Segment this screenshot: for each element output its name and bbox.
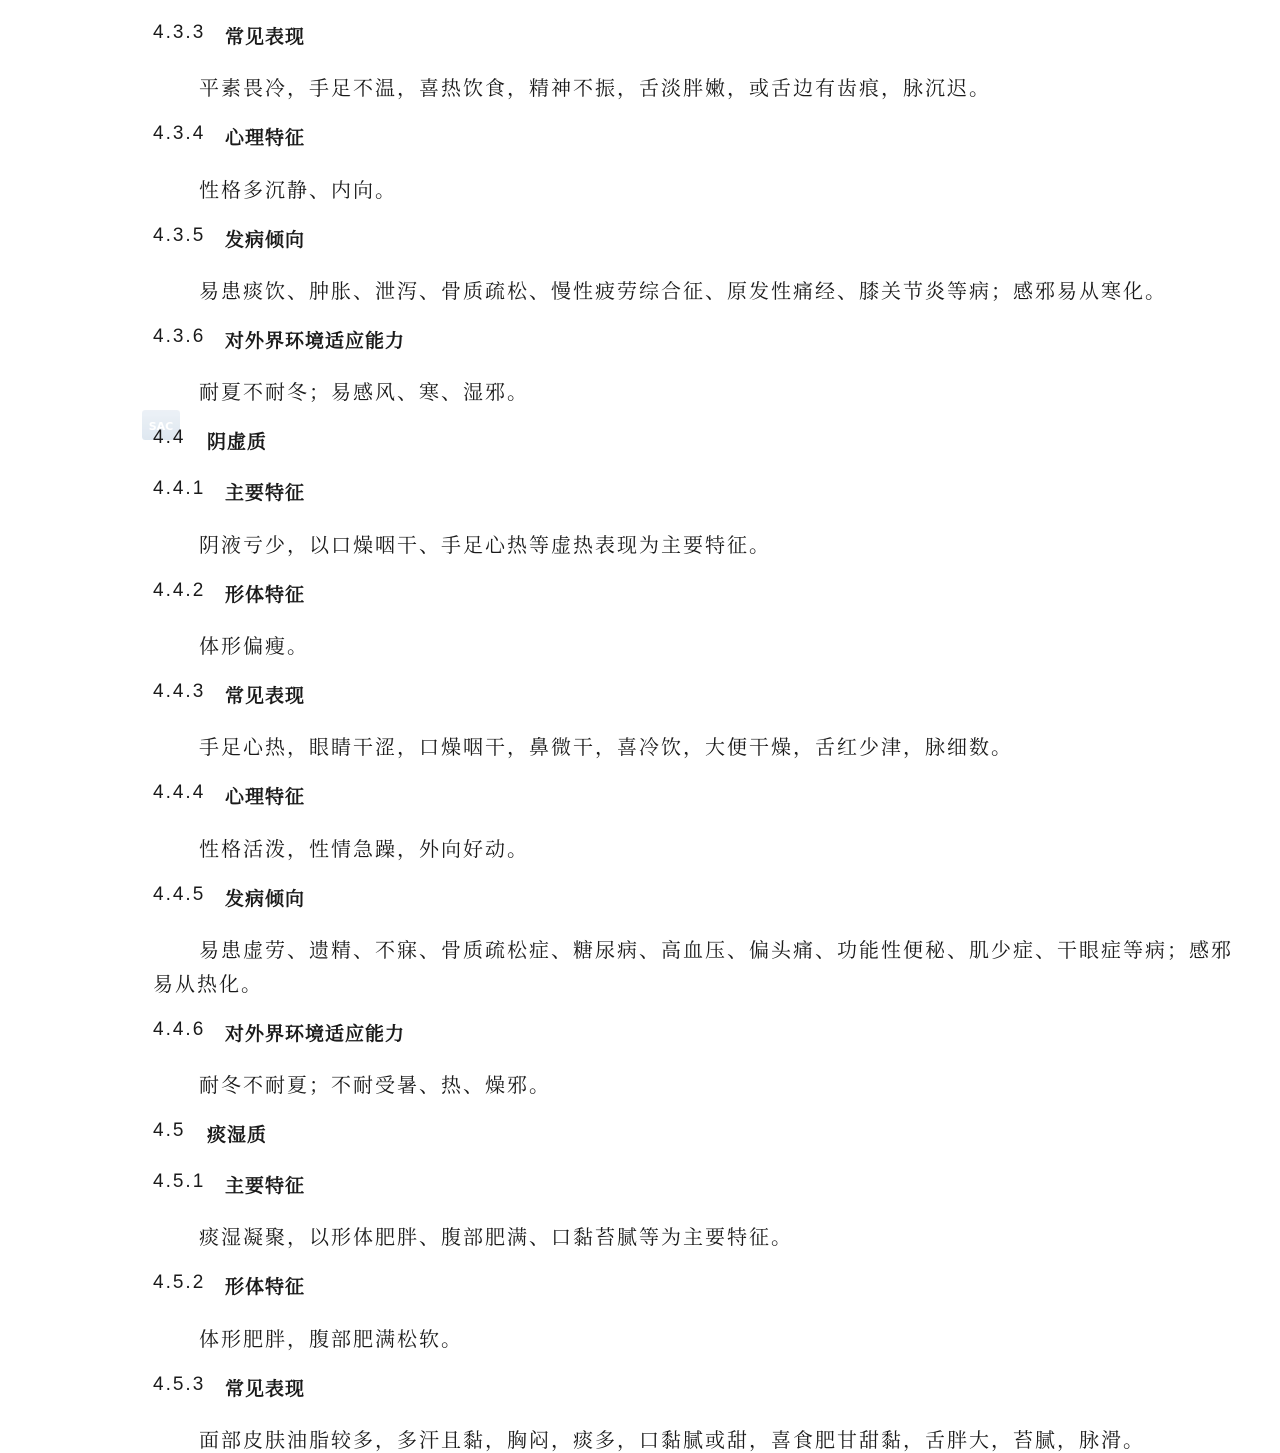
heading-number: 4.3.3 (153, 22, 205, 44)
heading-number: 4.4 (153, 427, 185, 449)
heading-number: 4.4.4 (153, 782, 205, 804)
heading-title: 阴虚质 (207, 427, 267, 454)
heading-number: 4.5 (153, 1120, 185, 1142)
paragraph: 体形肥胖，腹部肥满松软。 (199, 1323, 463, 1352)
heading-number: 4.5.1 (153, 1171, 205, 1193)
paragraph: 阴液亏少，以口燥咽干、手足心热等虚热表现为主要特征。 (199, 529, 771, 558)
paragraph: 易患虚劳、遗精、不寐、骨质疏松症、糖尿病、高血压、偏头痛、功能性便秘、肌少症、干… (199, 934, 1233, 963)
heading-title: 形体特征 (225, 1272, 305, 1299)
heading-title: 主要特征 (225, 1171, 305, 1198)
heading-title: 心理特征 (225, 782, 305, 809)
heading-number: 4.3.4 (153, 123, 205, 145)
paragraph: 面部皮肤油脂较多，多汗且黏，胸闷，痰多，口黏腻或甜，喜食肥甘甜黏，舌胖大，苔腻，… (199, 1424, 1145, 1453)
heading-number: 4.4.5 (153, 884, 205, 906)
heading-title: 心理特征 (225, 123, 305, 150)
heading-number: 4.5.2 (153, 1272, 205, 1294)
heading-number: 4.4.2 (153, 580, 205, 602)
paragraph: 易患痰饮、肿胀、泄泻、骨质疏松、慢性疲劳综合征、原发性痛经、膝关节炎等病；感邪易… (199, 275, 1167, 304)
heading-title: 发病倾向 (225, 225, 305, 252)
heading-title: 形体特征 (225, 580, 305, 607)
paragraph: 性格活泼，性情急躁，外向好动。 (199, 833, 529, 862)
paragraph: 手足心热，眼睛干涩，口燥咽干，鼻微干，喜冷饮，大便干燥，舌红少津，脉细数。 (199, 731, 1013, 760)
heading-title: 对外界环境适应能力 (225, 1019, 405, 1046)
heading-title: 发病倾向 (225, 884, 305, 911)
paragraph: 痰湿凝聚，以形体肥胖、腹部肥满、口黏苔腻等为主要特征。 (199, 1221, 793, 1250)
heading-title: 常见表现 (225, 22, 305, 49)
paragraph: 耐冬不耐夏；不耐受暑、热、燥邪。 (199, 1069, 551, 1098)
document-page: SAC 4.3.3常见表现平素畏冷，手足不温，喜热饮食，精神不振，舌淡胖嫩，或舌… (0, 0, 1280, 1453)
heading-number: 4.5.3 (153, 1374, 205, 1396)
paragraph: 体形偏瘦。 (199, 630, 309, 659)
heading-number: 4.4.3 (153, 681, 205, 703)
heading-title: 对外界环境适应能力 (225, 326, 405, 353)
heading-number: 4.4.6 (153, 1019, 205, 1041)
heading-number: 4.4.1 (153, 478, 205, 500)
paragraph: 性格多沉静、内向。 (199, 174, 397, 203)
heading-title: 常见表现 (225, 1374, 305, 1401)
heading-number: 4.3.5 (153, 225, 205, 247)
heading-title: 常见表现 (225, 681, 305, 708)
paragraph: 平素畏冷，手足不温，喜热饮食，精神不振，舌淡胖嫩，或舌边有齿痕，脉沉迟。 (199, 72, 991, 101)
paragraph-continuation: 易从热化。 (153, 968, 263, 997)
paragraph: 耐夏不耐冬；易感风、寒、湿邪。 (199, 376, 529, 405)
heading-number: 4.3.6 (153, 326, 205, 348)
heading-title: 痰湿质 (207, 1120, 267, 1147)
heading-title: 主要特征 (225, 478, 305, 505)
